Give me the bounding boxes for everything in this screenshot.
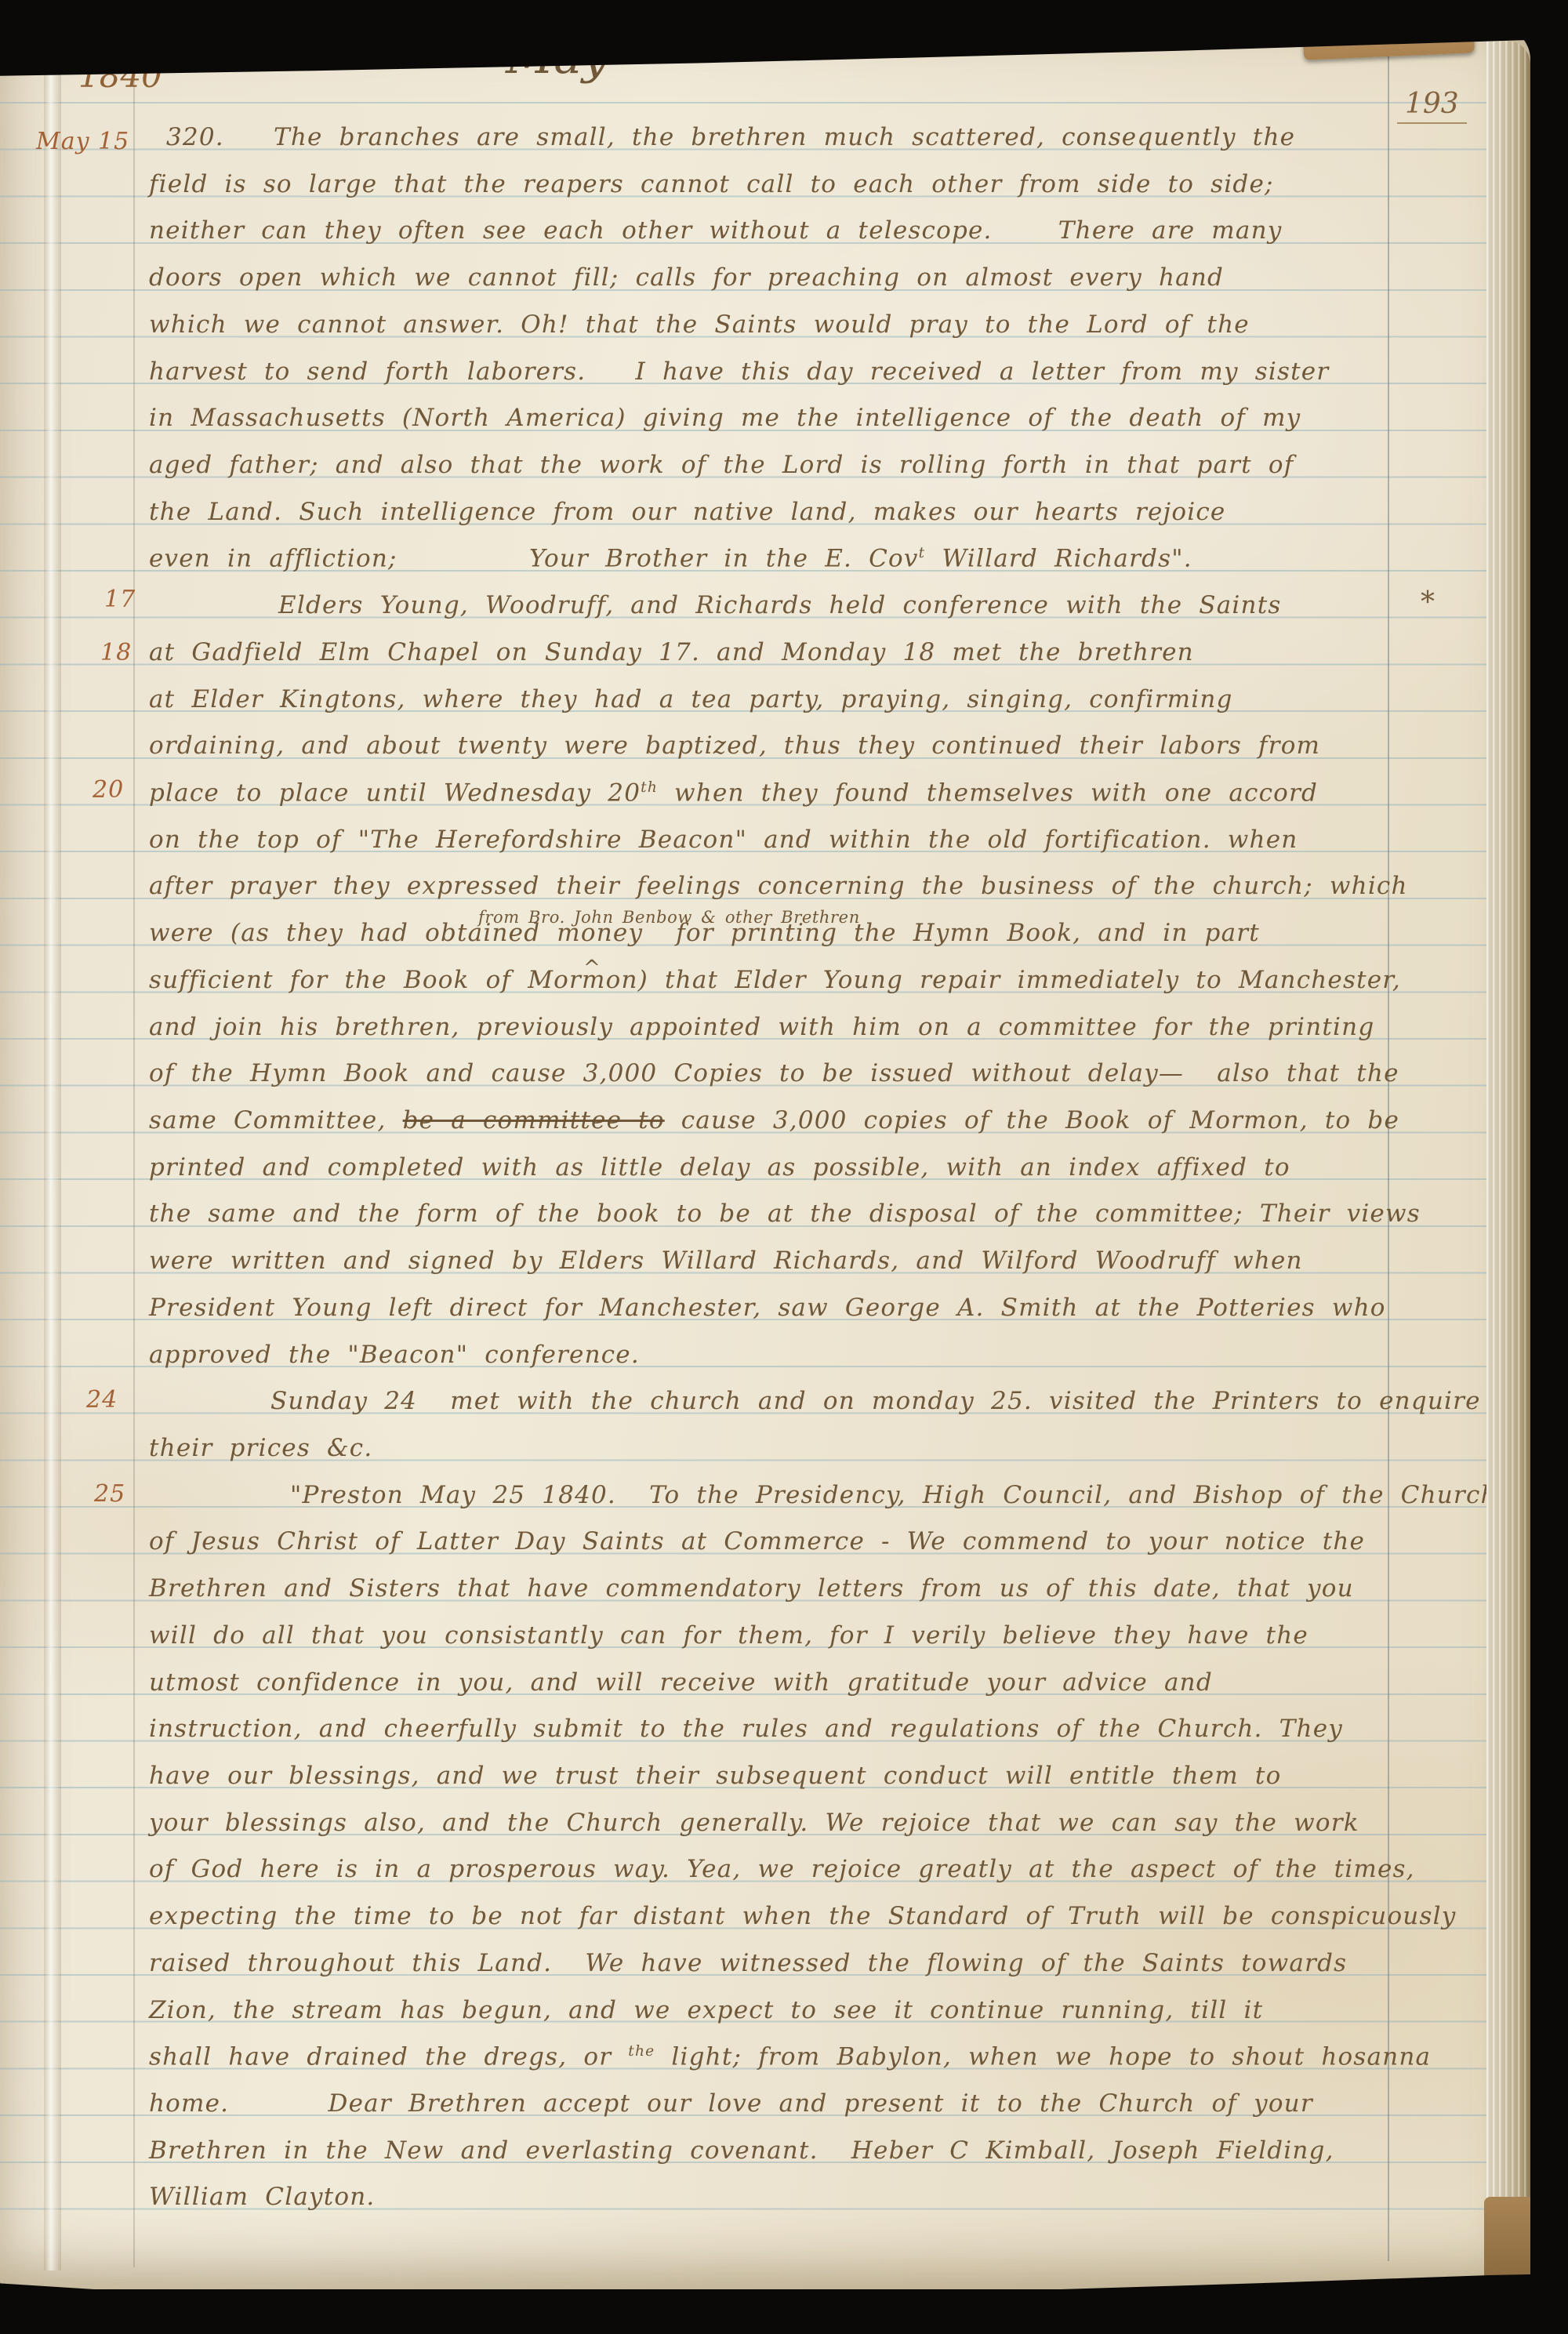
manuscript-line: of the Hymn Book and cause 3,000 Copies …	[149, 1062, 1399, 1086]
manuscript-line: same Committee, be a committee to cause …	[149, 1109, 1399, 1133]
manuscript-line: the Land. Such intelligence from our nat…	[149, 500, 1225, 525]
manuscript-line: printed and completed with as little del…	[149, 1156, 1290, 1180]
manuscript-line: in Massachusetts (North America) giving …	[149, 406, 1301, 430]
text-segment: Elders Young, Woodruff, and Richards hel…	[278, 591, 1281, 619]
margin-asterisk: *	[1421, 586, 1435, 619]
left-margin-line	[133, 75, 135, 2267]
text-segment: of the Hymn Book and cause 3,000 Copies …	[149, 1059, 1399, 1087]
manuscript-line: aged father; and also that the work of t…	[149, 453, 1294, 477]
manuscript-line: raised throughout this Land. We have wit…	[149, 1951, 1347, 1976]
text-segment: Brethren in the New and everlasting cove…	[149, 2136, 1334, 2165]
manuscript-line: on the top of "The Herefordshire Beacon"…	[149, 828, 1298, 852]
text-segment: same Committee,	[149, 1106, 403, 1134]
text-segment: their prices &c.	[149, 1434, 372, 1462]
text-segment: Zion, the stream has begun, and we expec…	[149, 1996, 1263, 2024]
margin-date: May 15	[36, 128, 129, 155]
text-segment: when they found themselves with one acco…	[658, 779, 1318, 807]
manuscript-line: the same and the form of the book to be …	[149, 1202, 1421, 1226]
text-segment: on the top of "The Herefordshire Beacon"…	[149, 826, 1298, 854]
text-segment: 24	[86, 1386, 118, 1414]
manuscript-line: instruction, and cheerfully submit to th…	[149, 1717, 1343, 1741]
text-segment: printed and completed with as little del…	[149, 1153, 1290, 1182]
page-edge-stack	[1486, 41, 1530, 2275]
text-segment: and join his brethren, previously appoin…	[149, 1013, 1374, 1041]
text-segment: 25	[94, 1480, 125, 1508]
manuscript-line: doors open which we cannot fill; calls f…	[149, 266, 1224, 290]
manuscript-line: at Gadfield Elm Chapel on Sunday 17. and…	[149, 641, 1194, 665]
manuscript-line: will do all that you consistantly can fo…	[149, 1624, 1308, 1648]
text-segment: were written and signed by Elders Willar…	[149, 1247, 1303, 1275]
superscript-text: t	[919, 545, 926, 561]
manuscript-line: field is so large that the reapers canno…	[149, 172, 1274, 197]
manuscript-line: utmost confidence in you, and will recei…	[149, 1671, 1213, 1695]
text-segment: sufficient for the Book of Mormon) that …	[149, 966, 1401, 994]
text-segment: William Clayton.	[149, 2183, 375, 2211]
text-segment: will do all that you consistantly can fo…	[149, 1621, 1308, 1650]
text-segment: were (as they had obtained money for pri…	[149, 919, 1260, 947]
manuscript-line: Brethren in the New and everlasting cove…	[149, 2139, 1334, 2163]
superscript-text: the	[628, 2043, 655, 2060]
text-segment: 320. The branches are small, the brethre…	[166, 123, 1295, 151]
background-right	[1530, 0, 1568, 2334]
manuscript-line: shall have drained the dregs, or the lig…	[149, 2045, 1431, 2069]
text-segment: place to place until Wednesday 20	[149, 779, 641, 807]
text-segment: instruction, and cheerfully submit to th…	[149, 1715, 1343, 1743]
text-segment: your blessings also, and the Church gene…	[149, 1809, 1359, 1837]
manuscript-line: after prayer they expressed their feelin…	[149, 874, 1408, 898]
manuscript-line: at Elder Kingtons, where they had a tea …	[149, 688, 1233, 712]
text-segment: have our blessings, and we trust their s…	[149, 1762, 1281, 1790]
margin-date: 24	[86, 1386, 118, 1414]
text-segment: Brethren and Sisters that have commendat…	[149, 1574, 1354, 1603]
text-segment: at Gadfield Elm Chapel on Sunday 17. and…	[149, 638, 1194, 666]
manuscript-line: Sunday 24 met with the church and on mon…	[270, 1389, 1481, 1414]
manuscript-line: and join his brethren, previously appoin…	[149, 1015, 1374, 1040]
text-segment: doors open which we cannot fill; calls f…	[149, 263, 1224, 292]
book-cover-bottom-edge	[1484, 2197, 1534, 2281]
manuscript-line: their prices &c.	[149, 1436, 372, 1461]
text-segment: raised throughout this Land. We have wit…	[149, 1949, 1347, 1977]
struck-text: be a committee to	[403, 1106, 665, 1134]
margin-date: 17	[104, 586, 136, 613]
text-segment: of Jesus Christ of Latter Day Saints at …	[149, 1527, 1365, 1555]
text-segment: utmost confidence in you, and will recei…	[149, 1668, 1213, 1697]
manuscript-line: neither can they often see each other wi…	[149, 219, 1282, 243]
manuscript-line: were written and signed by Elders Willar…	[149, 1249, 1303, 1273]
text-segment: which we cannot answer. Oh! that the Sai…	[149, 310, 1250, 339]
text-segment: approved the "Beacon" conference.	[149, 1341, 640, 1369]
text-segment: of God here is in a prosperous way. Yea,…	[149, 1855, 1415, 1883]
manuscript-line: "Preston May 25 1840. To the Presidency,…	[290, 1483, 1497, 1508]
text-segment: harvest to send forth laborers. I have t…	[149, 358, 1329, 386]
text-segment: home. Dear Brethren accept our love and …	[149, 2089, 1313, 2118]
text-segment: May 15	[36, 128, 129, 155]
binding-seam	[44, 47, 61, 2270]
text-segment: after prayer they expressed their feelin…	[149, 872, 1408, 900]
manuscript-line: your blessings also, and the Church gene…	[149, 1811, 1359, 1835]
text-segment: at Elder Kingtons, where they had a tea …	[149, 685, 1233, 713]
manuscript-line: harvest to send forth laborers. I have t…	[149, 360, 1329, 384]
manuscript-line: even in affliction; Your Brother in the …	[149, 546, 1192, 571]
manuscript-line: Brethren and Sisters that have commendat…	[149, 1577, 1354, 1601]
text-segment: 17	[104, 586, 136, 613]
text-segment: neither can they often see each other wi…	[149, 216, 1282, 245]
superscript-text: th	[641, 779, 658, 796]
manuscript-line: place to place until Wednesday 20th when…	[149, 781, 1318, 805]
text-segment: expecting the time to be not far distant…	[149, 1902, 1456, 1930]
manuscript-line: ordaining, and about twenty were baptize…	[149, 734, 1320, 758]
margin-date: 20	[93, 776, 124, 804]
text-segment: the Land. Such intelligence from our nat…	[149, 498, 1225, 526]
manuscript-line: William Clayton.	[149, 2185, 375, 2209]
text-segment: aged father; and also that the work of t…	[149, 451, 1294, 479]
text-segment: in Massachusetts (North America) giving …	[149, 404, 1301, 432]
manuscript-line: sufficient for the Book of Mormon) that …	[149, 968, 1401, 993]
manuscript-line: have our blessings, and we trust their s…	[149, 1764, 1281, 1788]
text-segment: "Preston May 25 1840. To the Presidency,…	[290, 1481, 1497, 1509]
manuscript-line: home. Dear Brethren accept our love and …	[149, 2092, 1313, 2116]
manuscript-line: were (as they had obtained money for pri…	[149, 921, 1260, 946]
manuscript-line: of God here is in a prosperous way. Yea,…	[149, 1857, 1415, 1882]
text-segment: Willard Richards".	[925, 544, 1192, 572]
text-segment: 20	[93, 776, 124, 804]
manuscript-line: 320. The branches are small, the brethre…	[166, 125, 1295, 150]
text-segment: field is so large that the reapers canno…	[149, 170, 1274, 198]
text-segment: President Young left direct for Manchest…	[149, 1294, 1386, 1322]
text-segment: light; from Babylon, when we hope to sho…	[655, 2042, 1431, 2071]
page-number: 193	[1397, 88, 1467, 124]
text-segment: the same and the form of the book to be …	[149, 1200, 1421, 1228]
text-segment: shall have drained the dregs, or	[149, 2042, 628, 2071]
manuscript-line: which we cannot answer. Oh! that the Sai…	[149, 313, 1250, 337]
text-segment: ordaining, and about twenty were baptize…	[149, 731, 1320, 760]
manuscript-line: of Jesus Christ of Latter Day Saints at …	[149, 1530, 1365, 1554]
manuscript-line: Zion, the stream has begun, and we expec…	[149, 1998, 1263, 2023]
text-segment: Sunday 24 met with the church and on mon…	[270, 1387, 1481, 1415]
manuscript-line: President Young left direct for Manchest…	[149, 1296, 1386, 1320]
manuscript-line: Elders Young, Woodruff, and Richards hel…	[278, 593, 1281, 618]
text-segment: 18	[100, 639, 132, 666]
manuscript-line: approved the "Beacon" conference.	[149, 1343, 640, 1367]
text-segment: even in affliction; Your Brother in the …	[149, 544, 919, 572]
manuscript-line: expecting the time to be not far distant…	[149, 1904, 1456, 1929]
margin-date: 18	[100, 639, 132, 666]
margin-date: 25	[94, 1480, 125, 1508]
scanned-journal-page: 1840 May 193 * 320. The branches are sma…	[0, 0, 1568, 2334]
text-segment: cause 3,000 copies of the Book of Mormon…	[665, 1106, 1399, 1134]
